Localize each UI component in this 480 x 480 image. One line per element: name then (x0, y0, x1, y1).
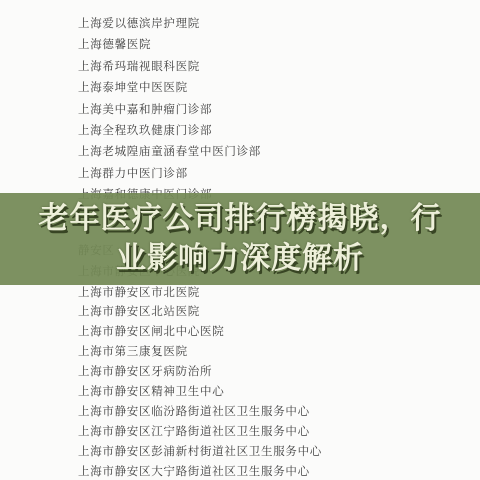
headline-line-1: 老年医疗公司排行榜揭晓，行 (39, 199, 442, 239)
list-item: 上海爱以德滨岸护理院 (78, 14, 261, 35)
list-item: 上海市静安区闸北中心医院 (78, 323, 322, 343)
list-item: 上海希玛瑞视眼科医院 (78, 57, 261, 78)
list-item: 上海群力中医门诊部 (78, 164, 261, 185)
list-item: 上海泰坤堂中医医院 (78, 78, 261, 99)
list-item: 上海市静安区彭浦新村街道社区卫生服务中心 (78, 443, 322, 463)
list-item: 上海市第三康复医院 (78, 343, 322, 363)
list-item: 上海老城隍庙童涵春堂中医门诊部 (78, 142, 261, 163)
page: 上海爱以德滨岸护理院 上海德馨医院 上海希玛瑞视眼科医院 上海泰坤堂中医医院 上… (0, 0, 480, 480)
list-item: 上海市静安区市北医院 (78, 284, 322, 304)
list-item: 上海市静安区北站医院 (78, 303, 322, 323)
list-item: 上海市静安区江宁路街道社区卫生服务中心 (78, 423, 322, 443)
list-item: 上海全程玖玖健康门诊部 (78, 121, 261, 142)
list-item: 上海德馨医院 (78, 35, 261, 56)
list-item: 上海市静安区临汾路街道社区卫生服务中心 (78, 403, 322, 423)
hospital-list-bottom: 上海市静安区市北医院 上海市静安区北站医院 上海市静安区闸北中心医院 上海市第三… (78, 284, 322, 480)
headline-banner-overlay[interactable]: 老年医疗公司排行榜揭晓，行 业影响力深度解析 (0, 193, 480, 285)
list-item: 上海美中嘉和肿瘤门诊部 (78, 100, 261, 121)
headline-line-2: 业影响力深度解析 (116, 239, 364, 279)
list-item: 上海市静安区牙病防治所 (78, 363, 322, 383)
hospital-list-top: 上海爱以德滨岸护理院 上海德馨医院 上海希玛瑞视眼科医院 上海泰坤堂中医医院 上… (78, 14, 261, 207)
list-item: 上海市静安区精神卫生中心 (78, 383, 322, 403)
list-item: 上海市静安区大宁路街道社区卫生服务中心 (78, 463, 322, 480)
